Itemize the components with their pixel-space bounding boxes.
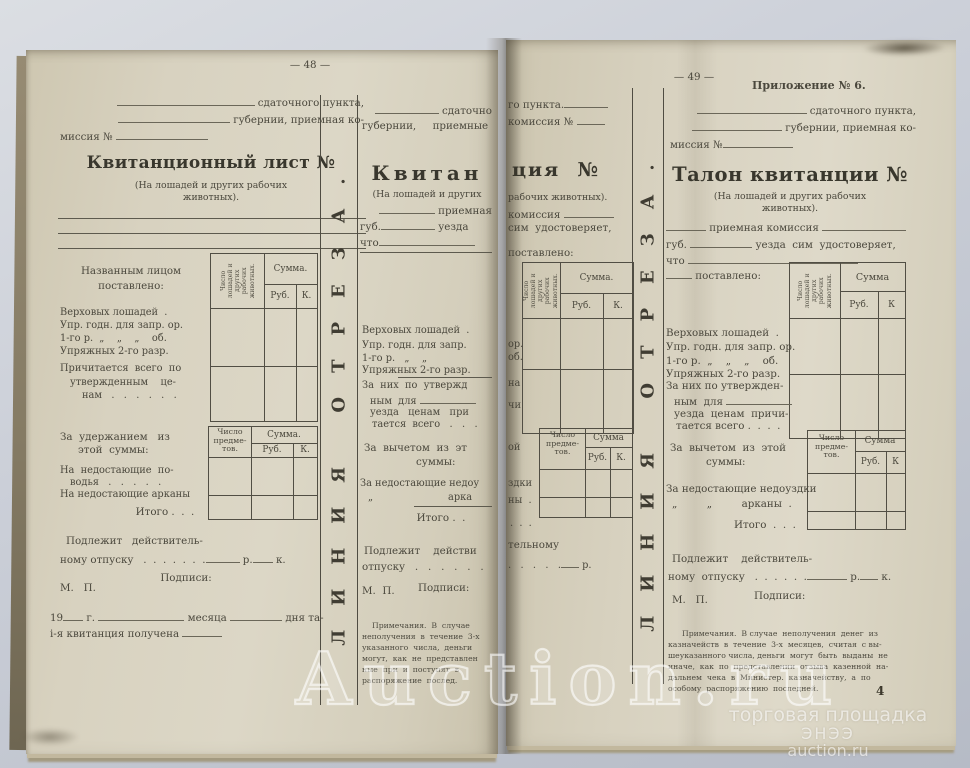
col4-release-2: ному отпуску . . . . . . р. к. [668,570,891,584]
col4-total-2: ным для [674,395,792,409]
kop-header: К [878,291,905,318]
col1-row-2: Упр. годн. для запр. ор. [60,320,183,331]
blank-fill [116,130,208,140]
header-divider [523,318,633,319]
col4-top2-text: губернии, приемная ко- [785,122,916,134]
uezd-label: уезда [438,221,468,233]
col4-note-5: дальнем чека в Министер. казначейству, а… [668,674,871,683]
col1-stamp-label: М. П. [60,583,96,595]
header-divider [211,308,317,309]
col3-form-title: ция № [512,160,600,182]
col3-fragment-3: на [508,378,520,389]
col2-total-3: уезда ценам при [370,407,469,418]
annex-label: Приложение № 6. [752,80,866,93]
col4-deduction-2: „ „ арканы . [672,499,792,511]
blank-fill [577,115,605,125]
qty-header-text: Число лошадей и других рабочих животных. [523,267,559,315]
blank-fill [375,104,439,114]
col2-row-2: Упр. годн. для запр. [362,340,467,351]
row-divider [211,366,317,367]
col2-top-line-2: губернии, приемные [362,121,488,133]
col1-release-2-text: ному отпуску . . . . . . . [60,554,206,566]
col1-row-4: Упряжных 2-го разр. [60,346,169,357]
cut-line-band-right: ЛИНИЯ ОТРЕЗА. [632,88,664,684]
postavleno-text: поставлено: [695,270,761,282]
page-48-number: — 48 — [250,60,370,72]
col2-row-3: 1-го р. „ „ [362,353,427,364]
col4-row-2: Упр. годн. для запр. ор. [666,342,795,354]
col1-deduction-1: На недостающие по- [60,465,174,476]
row-divider [540,497,632,498]
blank-fill [230,611,282,621]
col1-top-line-2: губернии, приемная ко- [60,113,364,127]
blank-fill [561,558,579,568]
col1-qty-sum-table: Число лошадей и других рабочих животных.… [210,253,318,422]
col2-itogo: Итого . . [408,513,474,525]
row-divider [523,369,633,370]
col4-deduction-caption-1: За вычетом из этой [670,443,786,455]
col1-deduction-2: водья . . . . . [70,477,161,488]
worn-corner-smudge [862,39,947,56]
col2-top1-text: сдаточно [442,105,492,117]
kop2-header: К. [610,447,632,469]
rub-abbr: р. [850,571,860,583]
chto-label: что [360,237,379,249]
sum-header: Сумма. [264,254,317,284]
col1-top3-text: миссия № [60,131,113,143]
col4-top3-text: миссия № [670,139,723,151]
col4-row-3: 1-го р. „ „ „ об. [666,356,778,368]
sum2-header: Сумма. [251,427,317,443]
col2-deduction-caption-2: суммы: [416,457,456,469]
blank-fill [379,204,435,214]
col2-total-4: тается всего . . . [372,419,478,430]
col4-form-subtitle-2: животных). [664,204,916,215]
col2-release-2: отпуску . . . . . . [362,562,484,574]
col4-komissia-text: приемная комиссия [709,222,819,234]
col1-table-caption-1: Названным лицом [56,266,206,278]
blank-fill [726,395,792,405]
blank-fill [98,611,184,621]
cut-line-band-left: ЛИНИЯ ОТРЕЗА. [320,95,358,705]
header-divider [209,457,317,458]
col4-form-subtitle-1: (На лошадей и других рабочих [664,192,916,203]
col3-fragment-2: об. [508,352,523,363]
col1-total-1: Причитается всего по [60,363,181,374]
qty-column-header: Число лошадей и других рабочих животных. [211,254,264,308]
row-divider [790,374,905,375]
qty-column-header: Число лошадей и других рабочих животных. [517,263,565,318]
kop-abbr: к. [276,554,286,566]
col4-note-4: иначе, как по представлении отзыва казен… [668,663,888,672]
col1-received-line: і-я квитанция получена [50,627,222,641]
col2-chto-line: что [360,236,475,250]
col2-form-title: Квитан [360,162,494,185]
kop-header: К. [603,293,633,318]
page-48: — 48 — сдаточного пункта, губернии, прие… [26,50,498,754]
col2-gub-line: губ. уезда [360,220,468,234]
col1-total-3: нам . . . . . . [82,390,177,401]
kop2-header: К. [293,443,317,457]
uezd-text: уезда сим удостоверяет, [756,239,896,251]
kop2-header: К [886,451,905,473]
col2-deduction-2: арка [448,492,472,503]
col2-deduction-1: За недостающие недоу [360,478,479,489]
col1-top-line-1: сдаточного пункта, [60,96,364,110]
col4-postavleno-line: поставлено: [666,269,761,283]
col4-deduction-1: За недостающие недоуздки [666,484,817,496]
blank-fill [666,221,706,231]
col2-signatures-label: Подписи: [418,583,469,595]
underline-rule [398,377,492,378]
col1-release-2: ному отпуску . . . . . . . р. к. [60,553,286,567]
col1-deduction-3: На недостающие арканы [60,489,190,500]
col1-signatures-label: Подписи: [136,573,236,585]
year-prefix: 19 [50,612,63,624]
col2-deduction-caption-1: За вычетом из эт [364,443,467,455]
sum-header: Сумма. [560,263,633,293]
col2-note-5: ные при и поступят в [362,666,459,675]
sum-header: Сумма [840,263,905,291]
col1-row-1: Верховых лошадей . [60,307,167,318]
col3-telnomu: тельному [508,540,559,552]
col1-row-3: 1-го р. „ „ „ об. [60,333,167,344]
rub-abbr: р. [582,560,591,571]
col3-fragment-6: здки [508,478,532,489]
blank-fill [666,269,692,279]
header-divider [808,473,905,474]
col3-dots-line: . . . . . р. [508,558,591,571]
col4-deduction-table: Число предме- тов. Сумма Руб. К [807,430,906,530]
col1-deduction-caption-2: этой суммы: [78,445,149,457]
col4-note-6: особому распоряжению последней. [668,685,818,694]
col4-row-1: Верховых лошадей . [666,328,779,340]
col3-fragment-5: ой [508,442,520,453]
col4-release-1: Подлежит действитель- [672,554,812,566]
blank-fill [63,611,83,621]
blank-fill [860,570,878,580]
col3-komissia-text: комиссия [508,209,560,221]
col3-itogo-dots: . . . [510,518,532,529]
gub-label: губ. [666,239,687,251]
blank-fill [117,96,255,106]
rub2-header: Руб. [855,451,886,473]
sum2-header: Сумма [855,431,905,451]
col4-deduction-caption-2: суммы: [706,457,746,469]
col3-komissia-line: комиссия [508,208,614,222]
gub-label: губ. [360,221,381,233]
dots: . . . . . [508,560,561,571]
page-ink-mark: 4 [876,685,884,699]
month-label: месяца [188,612,227,624]
col4-top-line-3: миссия № [670,138,793,152]
qty-header-text: Число лошадей и других рабочих животных. [797,267,833,315]
col3-top2-text: комиссия № [508,116,573,128]
kop-header: К. [296,284,317,308]
blank-fill [420,394,476,404]
blank-fill [697,104,807,114]
col2-release-1: Подлежит действи [364,546,477,558]
col3-deduction-table: Число предме- тов. Сумма Руб. К. [539,428,633,518]
blank-fill [692,121,782,131]
header-divider [790,318,905,319]
qty-column-header: Число лошадей и других рабочих животных. [790,263,840,318]
col1-itogo: Итого . . . [126,507,204,519]
col4-gub-line: губ. уезда сим удостоверяет, [666,238,896,252]
rub2-header: Руб. [585,447,610,469]
col4-note-2: казначейств в течение 3-х месяцев, счита… [668,641,882,650]
blank-fill [807,570,847,580]
col4-top-line-2: губернии, приемная ко- [668,121,916,135]
blank-fill [206,553,240,563]
col2-note-2: неполучения в течение 3-х [362,633,480,642]
page-49: го пункта. комиссия № ция № рабочих живо… [506,40,956,746]
day-label: дня та- [285,612,323,624]
blank-fill [822,221,906,231]
col1-total-2: утвержденным це- [70,377,176,388]
blank-fill [690,238,752,248]
col2-total-1: За них по утвержд [362,380,467,391]
col3-sim-line: сим удостоверяет, [508,223,612,235]
col2-note-4: могут, как не представлен [362,655,478,664]
col3-fragment-1: ор. [508,339,523,350]
row-divider [209,495,317,496]
rub-header: Руб. [560,293,603,318]
col2-note-3: указанного числа, деньги [362,644,472,653]
col4-komissia-line: приемная комиссия [666,221,906,235]
col2-row-4: Упряжных 2-го разр. [362,365,471,376]
blank-fill [253,553,273,563]
blank-rule [360,252,492,253]
chto-label: что [666,255,685,267]
col4-form-title: Талон квитанции № [664,164,916,186]
col1-date-line: 19 г. месяца дня та- [50,611,324,625]
photo-stage: — 48 — сдаточного пункта, губернии, прие… [0,0,970,768]
col4-stamp-label: М. П. [672,595,708,607]
blank-fill [381,220,435,230]
col4-itogo: Итого . . . [734,520,796,532]
col2-form-subtitle: (На лошадей и других [360,190,494,201]
blank-fill [723,138,793,148]
qty2-header: Число предме- тов. [809,434,854,460]
col3-top1-text: го пункта. [508,99,564,111]
col4-note-3: шеуказанного числа, деньги могут быть вы… [668,652,888,661]
col1-top-line-3: миссия № [60,130,208,144]
cut-line-label: ЛИНИЯ ОТРЕЗА. [638,140,659,631]
rub-header: Руб. [840,291,878,318]
qty2-header: Число предме- тов. [541,431,584,457]
itogo-rule [414,506,492,507]
col1-release-1: Подлежит действитель- [66,536,203,548]
col4-total-4: тается всего . . . . [676,421,780,433]
col2-row-1: Верховых лошадей . [362,325,469,336]
blank-fill [118,113,230,123]
col1-deduction-table: Число предме- тов. Сумма. Руб. К. [208,426,318,520]
rub-abbr: р. [243,554,253,566]
col1-deduction-caption-1: За удержанием из [60,432,170,444]
col3-top-line-2: комиссия № [508,115,605,129]
col2-note-6: распоряжение послед. [362,677,457,686]
rub-header: Руб. [264,284,296,308]
col2-note-1: Примечания. В случае [372,622,470,631]
blank-fill [379,236,475,246]
rub2-header: Руб. [251,443,293,457]
qty-header-text: Число лошадей и других рабочих животных. [220,257,256,305]
col3-fragment-4: чи [508,400,521,411]
year-abbr: г. [86,612,95,624]
col2-komissia-line: приемная [360,204,492,218]
col3-fragment-7: ны . [508,495,532,506]
received-text: і-я квитанция получена [50,628,179,640]
col1-table-caption-2: поставлено: [56,281,206,293]
blank-fill [564,98,608,108]
cut-line-label: ЛИНИЯ ОТРЕЗА. [329,154,350,645]
row-divider [808,511,905,512]
kop-abbr: к. [881,571,891,583]
col2-stamp-label: М. П. [362,586,395,598]
worn-corner-smudge [20,728,80,746]
sum2-header: Сумма [585,429,632,447]
col2-komissia-text: приемная [438,205,492,217]
col4-total-1: За них по утвержден- [666,381,783,393]
page-49-number: — 49 — [662,72,726,84]
col3-top-line-1: го пункта. [508,98,608,112]
col2-top-line-1: сдаточно [360,104,492,118]
col2-total-2-text: ным для [370,396,417,407]
col4-signatures-label: Подписи: [754,591,805,603]
col2-total-2: ным для [370,394,476,407]
blank-fill [564,208,614,218]
blank-fill [182,627,222,637]
col4-total-2-text: ным для [674,396,723,408]
col3-qty-sum-table: Число лошадей и других рабочих животных.… [522,262,634,434]
col4-qty-sum-table: Число лошадей и других рабочих животных.… [789,262,906,439]
col4-note-1: Примечания. В случае неполучения денег и… [682,630,878,639]
col2-quote-mark: „ [368,492,373,503]
col4-top1-text: сдаточного пункта, [810,105,916,117]
header-divider [540,469,632,470]
qty2-header: Число предме- тов. [210,428,250,454]
col4-release-2-text: ному отпуску . . . . . . [668,571,807,583]
col4-top-line-1: сдаточного пункта, [668,104,916,118]
col3-form-subtitle: рабочих животных). [508,193,607,204]
col3-postavleno: поставлено: [508,248,574,260]
